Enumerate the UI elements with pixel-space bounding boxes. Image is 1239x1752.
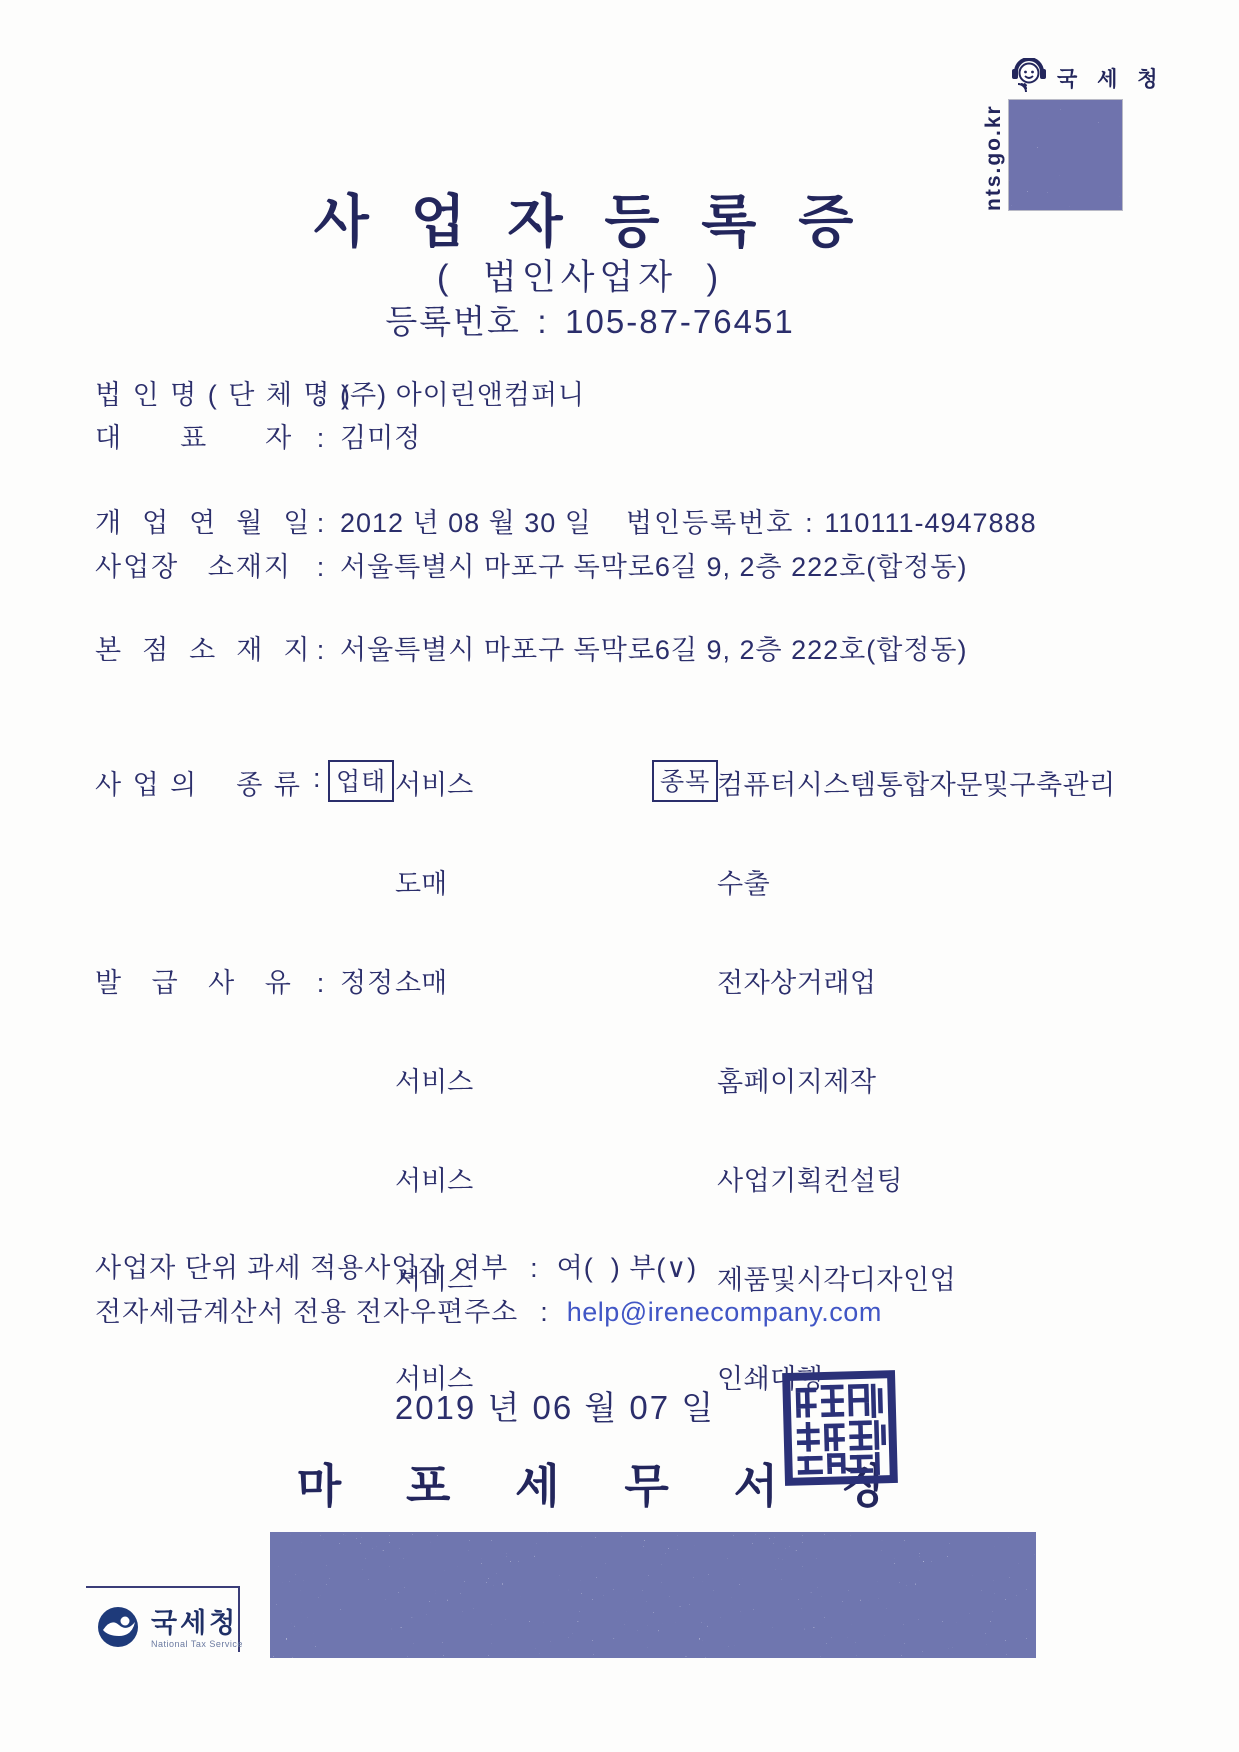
field-corp-name: 법 인 명 ( 단 체 명 ) : (주) 아이린앤컴퍼니 xyxy=(95,373,585,412)
field-label: 전자세금계산서 전용 전자우편주소 xyxy=(95,1290,518,1329)
footer-agency-en-label: National Tax Service xyxy=(151,1640,243,1649)
field-value: 정정 xyxy=(340,961,394,1000)
email-value: help@irenecompany.com xyxy=(567,1297,882,1328)
field-label: 법인등록번호 xyxy=(626,501,795,540)
jongmok-value: 수출 xyxy=(717,862,770,901)
registration-number-label: 등록번호 xyxy=(385,303,521,340)
registration-number-line: 등록번호 : 105-87-76451 xyxy=(0,296,1180,343)
field-open-date: 개 업 연 월 일 : 2012 년 08 월 30 일 법인등록번호 : 11… xyxy=(95,501,1037,540)
field-label: 사업자 단위 과세 적용사업자 여부 xyxy=(95,1246,508,1285)
field-label: 대 표 자 xyxy=(95,416,310,455)
colon: : xyxy=(310,552,332,583)
colon: : xyxy=(794,508,824,539)
field-value: 서울특별시 마포구 독막로6길 9, 2층 222호(합정동) xyxy=(340,628,967,667)
field-einvoice-email: 전자세금계산서 전용 전자우편주소 : help@irenecompany.co… xyxy=(95,1290,882,1329)
colon: : xyxy=(310,423,332,454)
field-hq-address: 본 점 소 재 지 : 서울특별시 마포구 독막로6길 9, 2층 222호(합… xyxy=(95,628,967,667)
colon: : xyxy=(310,380,332,411)
jongmok-value: 컴퓨터시스템통합자문및구축관리 xyxy=(717,763,1116,802)
field-value: 2012 년 08 월 30 일 xyxy=(340,501,592,540)
field-label: 본 점 소 재 지 xyxy=(95,628,310,667)
colon: : xyxy=(530,1253,539,1284)
field-value: 여( ) 부(∨) xyxy=(557,1246,697,1285)
security-pattern-band xyxy=(270,1532,1036,1658)
business-type-row: 서비스 사업기획컨설팅 xyxy=(95,1159,1155,1196)
field-value: 서울특별시 마포구 독막로6길 9, 2층 222호(합정동) xyxy=(340,545,967,584)
field-value: 김미정 xyxy=(340,416,421,455)
field-business-address: 사업장 소재지 : 서울특별시 마포구 독막로6길 9, 2층 222호(합정동… xyxy=(95,545,967,584)
colon: : xyxy=(310,968,332,999)
field-label: 법 인 명 ( 단 체 명 ) xyxy=(95,373,310,412)
headset-agent-icon xyxy=(1010,58,1048,97)
nts-taegeuk-logo xyxy=(95,1604,141,1655)
business-type-row: 도매 수출 xyxy=(95,862,1155,899)
jongmok-header-box: 종목 xyxy=(652,760,718,802)
registration-number-value: 105-87-76451 xyxy=(565,303,795,340)
field-label: 발 급 사 유 xyxy=(95,961,310,1000)
field-label: 사 업 의 종 류 xyxy=(95,763,302,802)
colon: : xyxy=(540,1297,549,1328)
uptae-value: 서비스 xyxy=(395,1060,473,1099)
business-registration-certificate: 국 세 청 nts.go.kr 사 업 자 등 록 증 ( 법인사업자 xyxy=(0,0,1239,1752)
field-representative: 대 표 자 : 김미정 xyxy=(95,416,421,455)
uptae-value: 도매 xyxy=(395,862,447,901)
field-value: 110111-4947888 xyxy=(824,508,1036,539)
jongmok-value: 사업기획컨설팅 xyxy=(717,1159,903,1198)
official-seal xyxy=(782,1369,899,1488)
uptae-value: 서비스 xyxy=(395,763,473,802)
field-issue-reason: 발 급 사 유 : 정정 xyxy=(95,961,394,1000)
field-label: 개 업 연 월 일 xyxy=(95,501,310,540)
issuer-title: 마 포 세 무 서 장 xyxy=(0,1450,1210,1516)
uptae-value: 소매 xyxy=(395,961,447,1000)
business-type-table: 사 업 의 종 류 : 업태 서비스 종목 컴퓨터시스템통합자문및구축관리 도매… xyxy=(95,701,1155,1456)
colon: : xyxy=(310,508,332,539)
footer-agency-label: 국세청 xyxy=(151,1609,243,1637)
field-value: (주) 아이린앤컴퍼니 xyxy=(340,373,585,412)
certificate-title: 사 업 자 등 록 증 xyxy=(0,176,1180,258)
uptae-header-box: 업태 xyxy=(328,760,394,802)
issue-date: 2019 년 06 월 07 일 xyxy=(0,1382,1110,1429)
business-type-row: 사 업 의 종 류 : 업태 서비스 종목 컴퓨터시스템통합자문및구축관리 xyxy=(95,763,1155,800)
colon: : xyxy=(310,635,332,666)
jongmok-value: 전자상거래업 xyxy=(717,961,877,1000)
uptae-value: 서비스 xyxy=(395,1159,473,1198)
certificate-subtitle: ( 법인사업자 ) xyxy=(0,250,1160,300)
business-type-row: 서비스 홈페이지제작 xyxy=(95,1060,1155,1097)
qr-agency-label: 국 세 청 xyxy=(1057,63,1165,93)
field-corp-reg-no: 법인등록번호 : 110111-4947888 xyxy=(626,501,1037,540)
colon: : xyxy=(532,303,554,341)
field-label: 사업장 소재지 xyxy=(95,545,310,584)
jongmok-value: 홈페이지제작 xyxy=(717,1060,877,1099)
nts-footer-logo: 국세청 National Tax Service xyxy=(95,1604,243,1655)
colon: : xyxy=(313,763,321,794)
field-tax-unit: 사업자 단위 과세 적용사업자 여부 : 여( ) 부(∨) xyxy=(95,1246,697,1285)
